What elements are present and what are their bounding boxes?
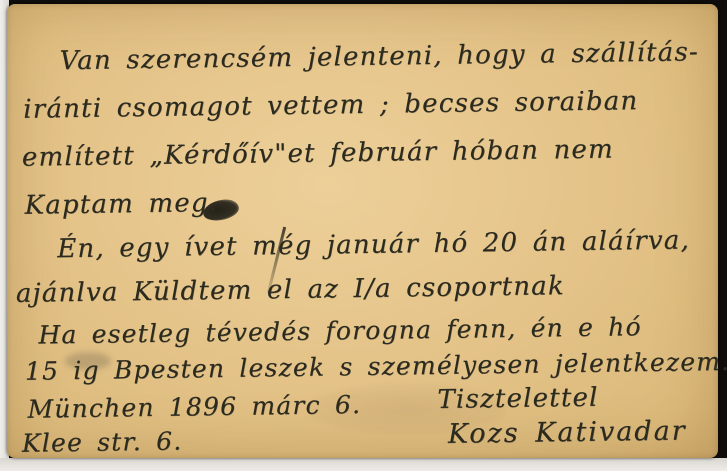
dateline: München 1896 márc 6. (27, 390, 361, 424)
scan-background: Van szerencsém jelenteni, hogy a szállít… (0, 0, 727, 471)
handwriting-line-1: Van szerencsém jelenteni, hogy a szállít… (59, 37, 699, 76)
postcard: Van szerencsém jelenteni, hogy a szállít… (7, 4, 718, 458)
sender-address: Klee str. 6. (22, 427, 183, 458)
closing-salutation: Tisztelettel (437, 383, 599, 415)
handwriting-line-5: Én, egy ívet még január hó 20 án aláírva… (57, 225, 690, 264)
handwritten-text: Van szerencsém jelenteni, hogy a szállít… (4, 0, 721, 463)
signature: Kozs Kativadar (448, 415, 687, 449)
handwriting-line-6: ajánlva Küldtem el az I/a csoportnak (16, 271, 565, 309)
handwriting-line-4: Kaptam meg. (24, 188, 218, 221)
handwriting-line-7: Ha esetleg tévedés forogna fenn, én e hó (38, 312, 642, 349)
handwriting-line-8: 15 ig Bpesten leszek s személyesen jelen… (25, 347, 727, 386)
handwriting-line-2: iránti csomagot vettem ; becses soraiban (23, 86, 638, 125)
handwriting-line-3: említett „Kérdőív"et február hóban nem (22, 134, 614, 172)
